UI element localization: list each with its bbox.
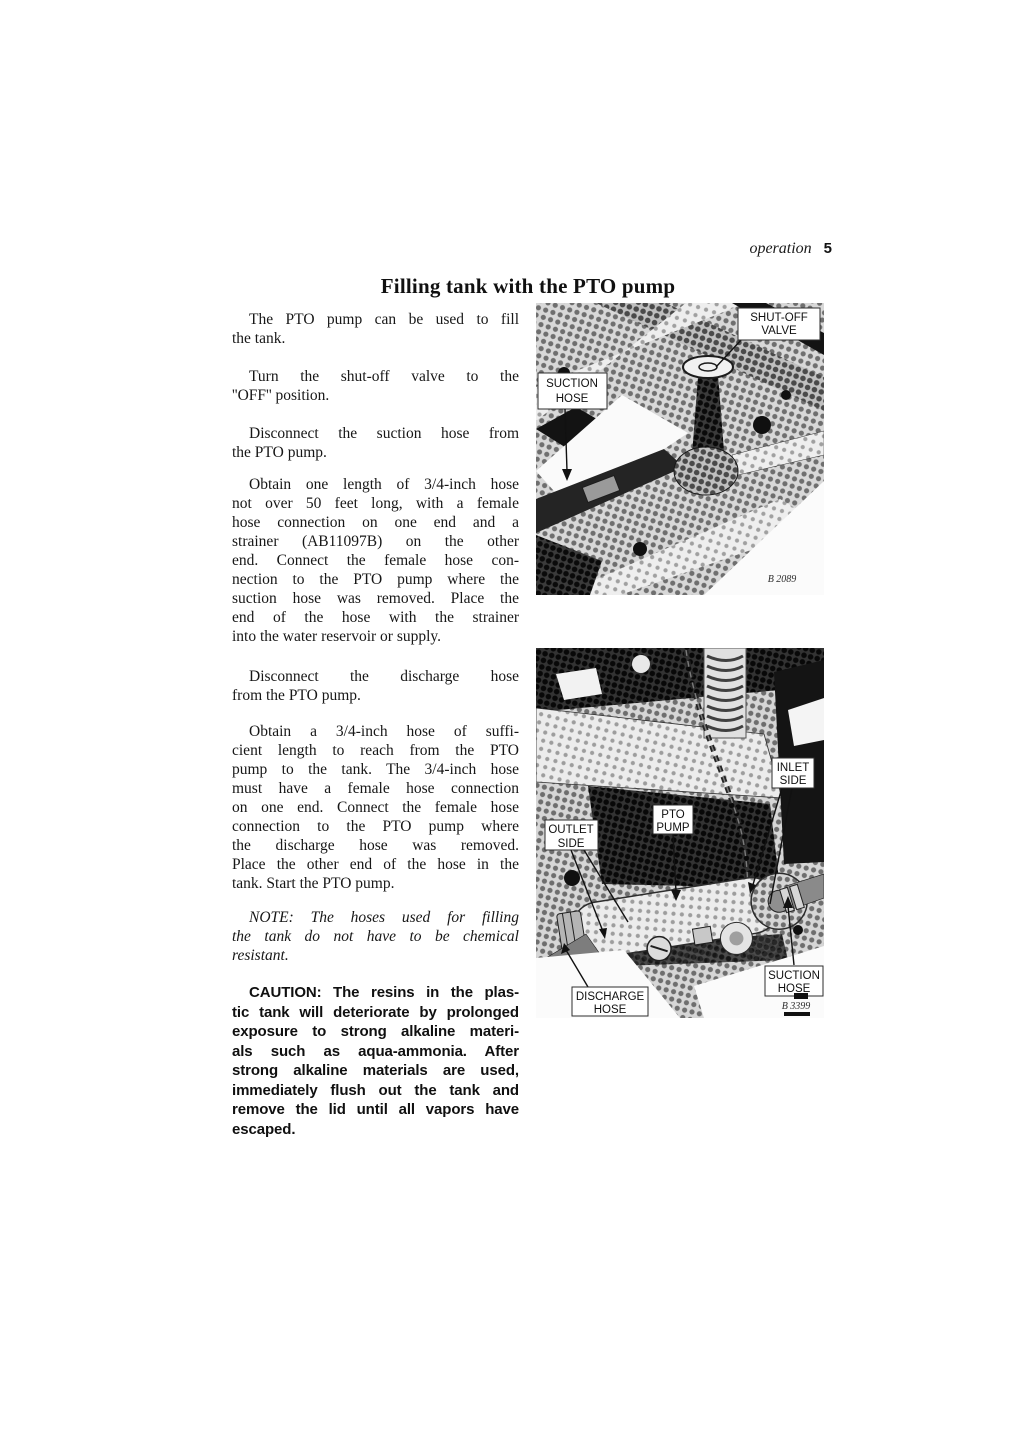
svg-text:HOSE: HOSE	[556, 393, 589, 405]
text-line: the discharge hose was removed.	[232, 836, 519, 855]
text-line: end of the hose with the strainer	[232, 608, 519, 627]
halftone-photo-art	[536, 303, 824, 595]
shut-off-valve-label: SHUT-OFF	[750, 312, 808, 324]
photo-code-b2089: B 2089	[768, 574, 797, 585]
text-line: Disconnect the discharge hose	[232, 667, 519, 686]
svg-text:HOSE: HOSE	[594, 1004, 627, 1016]
text-line: the PTO pump.	[232, 443, 519, 462]
text-line: als such as aqua-ammonia. After	[232, 1042, 519, 1062]
suction-hose-label: SUCTION	[546, 378, 598, 390]
figure-pto-pump-photo: OUTLET SIDE PTO PUMP INLET SIDE DISCHARG…	[536, 648, 824, 1018]
text-line: pump to the tank. The 3/4-inch hose	[232, 760, 519, 779]
page-number: 5	[824, 240, 832, 257]
section-name: operation	[749, 240, 811, 257]
svg-text:VALVE: VALVE	[761, 325, 797, 337]
paragraph-2: Turn the shut-off valve to the''OFF'' po…	[232, 367, 519, 405]
svg-text:SIDE: SIDE	[558, 838, 585, 850]
text-line: the tank do not have to be chemical	[232, 927, 519, 946]
text-column: The PTO pump can be used to fillthe tank…	[232, 310, 519, 1139]
text-line: resistant.	[232, 946, 519, 965]
text-line: the tank.	[232, 329, 519, 348]
manual-page: operation5 Filling tank with the PTO pum…	[0, 0, 1024, 1449]
outlet-side-label: OUTLET	[548, 824, 593, 836]
pto-pump-label: PTO	[661, 809, 684, 821]
text-line: connection to the PTO pump where	[232, 817, 519, 836]
text-line: Obtain a 3/4-inch hose of suffi-	[232, 722, 519, 741]
text-line: must have a female hose connection	[232, 779, 519, 798]
paragraph-1: The PTO pump can be used to fillthe tank…	[232, 310, 519, 348]
text-line: Obtain one length of 3/4-inch hose	[232, 475, 519, 494]
discharge-hose-label: DISCHARGE	[576, 991, 645, 1003]
figure-shutoff-valve-photo: B 2089 SHUT-OFF VALVE SUCTION HOSE	[536, 303, 824, 595]
text-line: Disconnect the suction hose from	[232, 424, 519, 443]
text-line: strong alkaline materials are used,	[232, 1061, 519, 1081]
caution-paragraph: CAUTION: The resins in the plas-tic tank…	[232, 983, 519, 1139]
text-line: suction hose was removed. Place the	[232, 589, 519, 608]
text-line: Place the other end of the hose in the	[232, 855, 519, 874]
text-line: end. Connect the female hose con-	[232, 551, 519, 570]
text-line: Turn the shut-off valve to the	[232, 367, 519, 386]
text-line: ''OFF'' position.	[232, 386, 519, 405]
page-title: Filling tank with the PTO pump	[232, 274, 824, 299]
paragraph-5: Disconnect the discharge hosefrom the PT…	[232, 667, 519, 705]
spring	[704, 648, 746, 738]
note-paragraph: NOTE: The hoses used for fillingthe tank…	[232, 908, 519, 965]
text-line: CAUTION: The resins in the plas-	[232, 983, 519, 1003]
paragraph-6: Obtain a 3/4-inch hose of suffi-cient le…	[232, 722, 519, 893]
paragraph-4: Obtain one length of 3/4-inch hosenot ov…	[232, 475, 519, 646]
inlet-side-label: INLET	[777, 762, 810, 774]
valve-handwheel	[683, 356, 733, 378]
text-line: into the water reservoir or supply.	[232, 627, 519, 646]
text-line: The PTO pump can be used to fill	[232, 310, 519, 329]
svg-text:SIDE: SIDE	[780, 775, 807, 787]
text-line: not over 50 feet long, with a female	[232, 494, 519, 513]
text-line: from the PTO pump.	[232, 686, 519, 705]
text-line: cient length to reach from the PTO	[232, 741, 519, 760]
paragraph-3: Disconnect the suction hose fromthe PTO …	[232, 424, 519, 462]
svg-text:B 3399: B 3399	[782, 1001, 811, 1012]
suction-hose-label: SUCTION	[768, 970, 820, 982]
text-line: remove the lid until all vapors have	[232, 1100, 519, 1120]
text-line: tic tank will deteriorate by prolonged	[232, 1003, 519, 1023]
text-line: hose connection on one end and a	[232, 513, 519, 532]
text-line: immediately flush out the tank and	[232, 1081, 519, 1101]
svg-text:PUMP: PUMP	[656, 822, 690, 834]
text-line: strainer (AB11097B) on the other	[232, 532, 519, 551]
text-line: on one end. Connect the female hose	[232, 798, 519, 817]
text-line: exposure to strong alkaline materi-	[232, 1022, 519, 1042]
text-line: tank. Start the PTO pump.	[232, 874, 519, 893]
valve-body	[674, 447, 738, 495]
running-header: operation5	[232, 240, 832, 258]
text-line: NOTE: The hoses used for filling	[232, 908, 519, 927]
text-line: escaped.	[232, 1120, 519, 1140]
text-line: nection to the PTO pump where the	[232, 570, 519, 589]
